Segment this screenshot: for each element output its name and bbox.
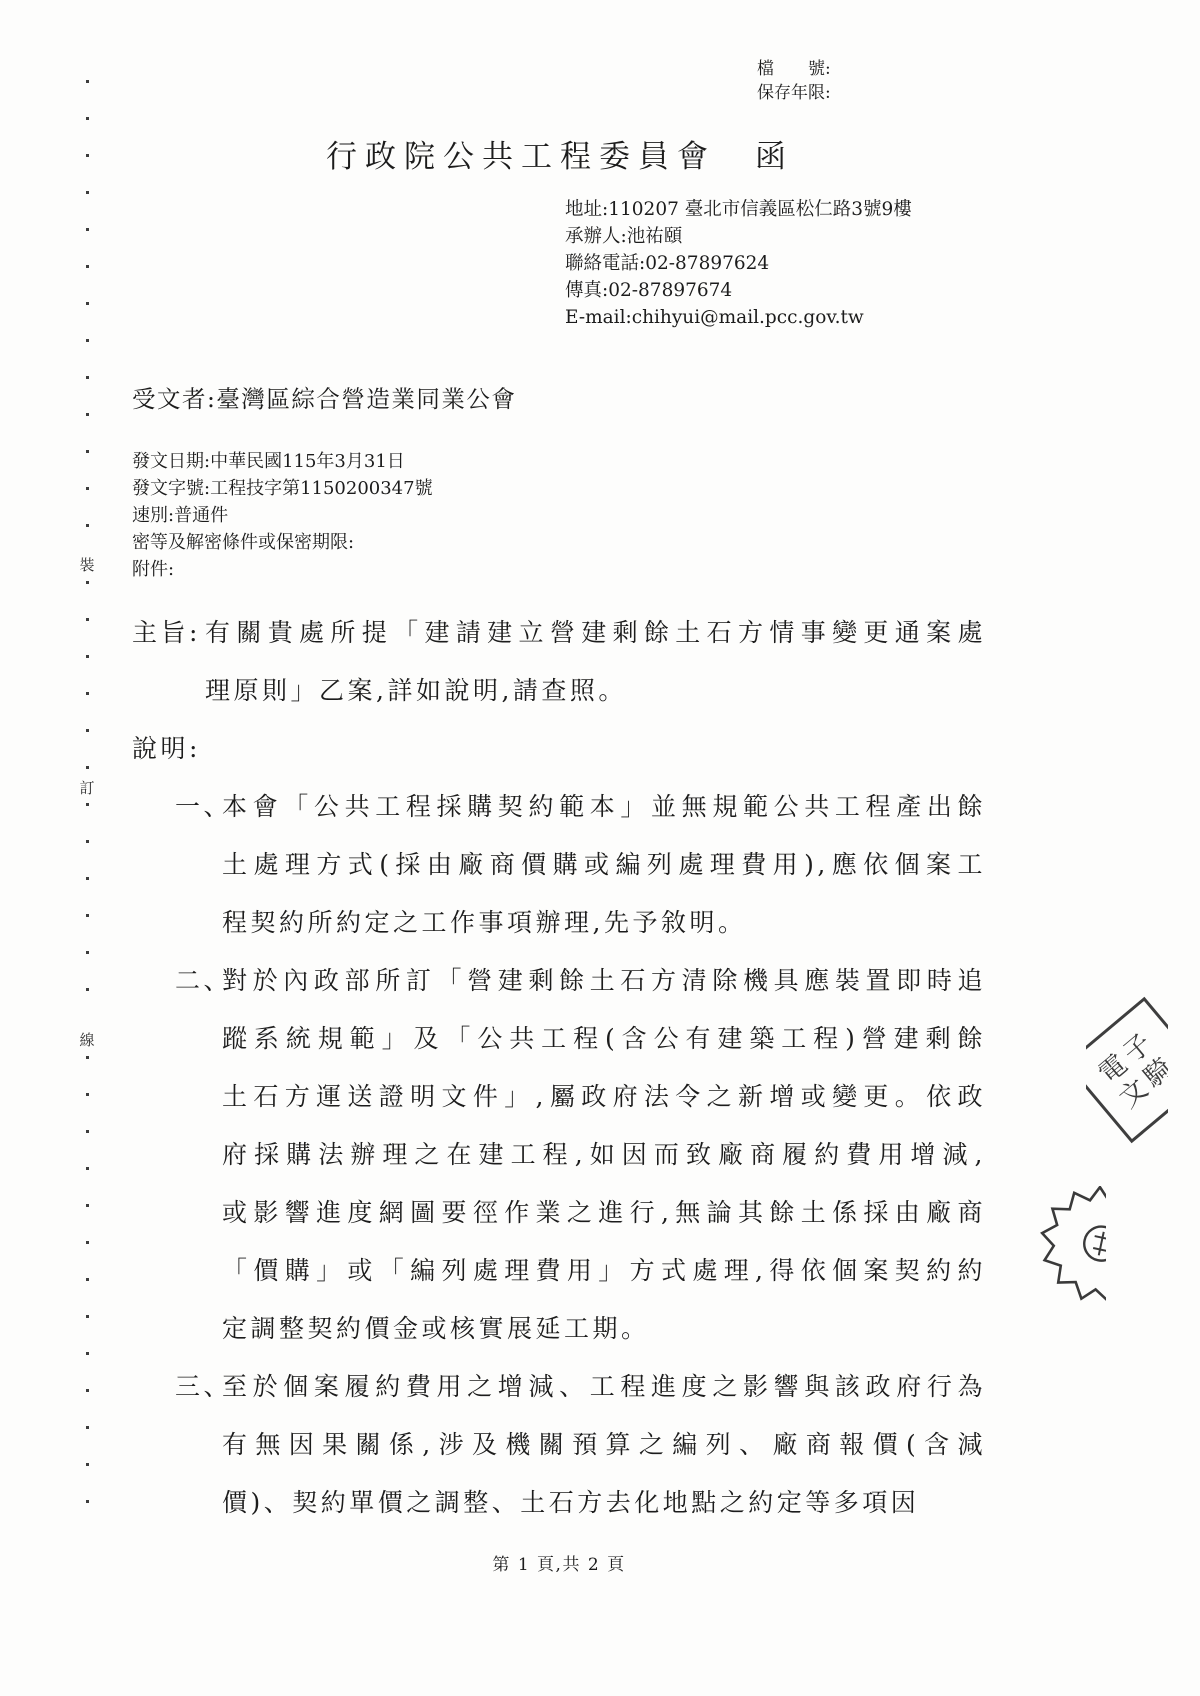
subject-label: 主旨:: [132, 604, 201, 662]
dotted-binding-line: [86, 581, 89, 773]
item-text-line: 「價購」或「編列處理費用」方式處理,得依個案契約約: [222, 1242, 986, 1300]
issue-date: 發文日期:中華民國115年3月31日: [132, 448, 433, 475]
sender-email: E-mail:chihyui@mail.pcc.gov.tw: [565, 304, 933, 331]
file-number-label: 檔 號:: [757, 57, 831, 81]
explanation-item: 三、至於個案履約費用之增減、工程進度之影響與該政府行為有無因果關係,涉及機關預算…: [132, 1358, 986, 1532]
item-text-line: 價)、契約單價之調整、土石方去化地點之約定等多項因: [222, 1474, 986, 1532]
sender-address: 地址:110207 臺北市信義區松仁路3號9樓: [565, 196, 933, 223]
dotted-binding-line: [86, 803, 89, 1025]
subject-section: 主旨: 有關貴處所提「建請建立營建剩餘土石方情事變更通案處理原則」乙案,詳如說明…: [132, 604, 986, 720]
item-text-line: 對於內政部所訂「營建剩餘土石方清除機具應裝置即時追: [222, 952, 986, 1010]
seal-stamp: [1038, 1186, 1106, 1302]
electronic-exchange-stamp-border: 電子 文騎: [1086, 997, 1168, 1144]
item-text-line: 或影響進度網圖要徑作業之進行,無論其餘土係採由廠商: [222, 1184, 986, 1242]
explanation-item: 一、本會「公共工程採購契約範本」並無規範公共工程產出餘土處理方式(採由廠商價購或…: [132, 778, 986, 952]
binding-mark-ding: 訂: [79, 773, 94, 804]
sender-info-block: 地址:110207 臺北市信義區松仁路3號9樓 承辦人:池祐頤 聯絡電話:02-…: [565, 196, 933, 331]
sender-phone: 聯絡電話:02-87897624: [565, 250, 933, 277]
sender-fax: 傳真:02-87897674: [565, 277, 933, 304]
priority-level: 速別:普通件: [132, 502, 433, 529]
item-text-line: 定調整契約價金或核實展延工期。: [222, 1300, 986, 1358]
recipient-line: 受文者:臺灣區綜合營造業同業公會: [132, 380, 516, 414]
explanation-label: 說明:: [132, 720, 986, 778]
binding-margin: 裝 訂 線: [78, 80, 96, 1530]
item-text-line: 至於個案履約費用之增減、工程進度之影響與該政府行為: [222, 1358, 986, 1416]
explanation-items: 一、本會「公共工程採購契約範本」並無規範公共工程產出餘土處理方式(採由廠商價購或…: [132, 778, 986, 1532]
item-text-line: 蹤系統規範」及「公共工程(含公有建築工程)營建剩餘: [222, 1010, 986, 1068]
item-number: 一、: [175, 778, 232, 836]
item-text-line: 有無因果關係,涉及機關預算之編列、廠商報價(含減: [222, 1416, 986, 1474]
retention-period-label: 保存年限:: [757, 81, 831, 105]
security-classification: 密等及解密條件或保密期限:: [132, 529, 433, 556]
item-text-line: 土石方運送證明文件」,屬政府法令之新增或變更。依政: [222, 1068, 986, 1126]
subject-text-line: 理原則」乙案,詳如說明,請查照。: [205, 662, 986, 720]
item-text-line: 土處理方式(採由廠商價購或編列處理費用),應依個案工: [222, 836, 986, 894]
sender-contact-person: 承辦人:池祐頤: [565, 223, 933, 250]
seal-stamp-graphic: [1038, 1186, 1106, 1302]
attachment-label: 附件:: [132, 556, 433, 583]
electronic-exchange-stamp: 電子 文騎: [1086, 996, 1168, 1146]
document-meta-block: 發文日期:中華民國115年3月31日 發文字號:工程技字第1150200347號…: [132, 448, 433, 583]
binding-mark-xian: 線: [79, 1025, 94, 1056]
explanation-item: 二、對於內政部所訂「營建剩餘土石方清除機具應裝置即時追蹤系統規範」及「公共工程(…: [132, 952, 986, 1358]
item-text-line: 程契約所約定之工作事項辦理,先予敘明。: [222, 894, 986, 952]
letter-body: 主旨: 有關貴處所提「建請建立營建剩餘土石方情事變更通案處理原則」乙案,詳如說明…: [132, 604, 986, 1532]
document-title: 行政院公共工程委員會 函: [65, 131, 1055, 176]
archive-label-block: 檔 號: 保存年限:: [757, 57, 831, 105]
subject-text-line: 有關貴處所提「建請建立營建剩餘土石方情事變更通案處: [205, 604, 986, 662]
official-letter-page: 裝 訂 線 檔 號: 保存年限: 行政院公共工程委員會 函 地址:110207 …: [0, 0, 1200, 1696]
item-text-line: 府採購法辦理之在建工程,如因而致廠商履約費用增減,: [222, 1126, 986, 1184]
binding-mark-zhuang: 裝: [79, 550, 94, 581]
dotted-binding-line: [86, 1056, 89, 1531]
subject-lines: 有關貴處所提「建請建立營建剩餘土石方情事變更通案處理原則」乙案,詳如說明,請查照…: [205, 604, 986, 720]
item-number: 三、: [175, 1358, 232, 1416]
item-number: 二、: [175, 952, 232, 1010]
item-text-line: 本會「公共工程採購契約範本」並無規範公共工程產出餘: [222, 778, 986, 836]
page-number-footer: 第 1 頁,共 2 頁: [132, 1550, 986, 1575]
document-number: 發文字號:工程技字第1150200347號: [132, 475, 433, 502]
